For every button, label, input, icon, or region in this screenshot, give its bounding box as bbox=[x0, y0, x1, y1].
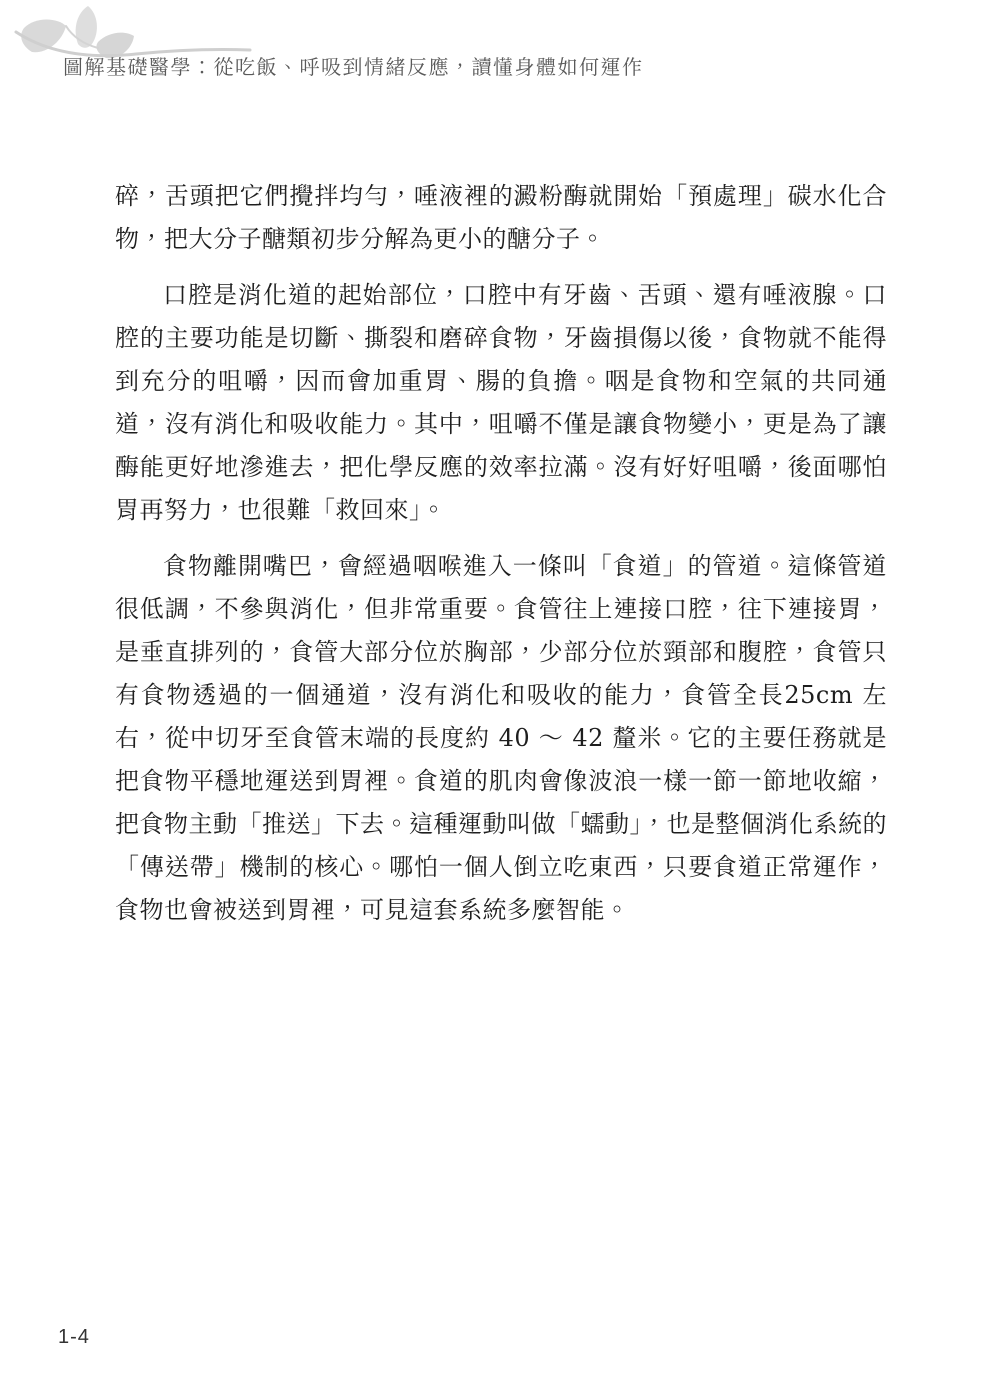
book-page: 圖解基礎醫學：從吃飯、呼吸到情緒反應，讀懂身體如何運作 碎，舌頭把它們攪拌均勻，… bbox=[0, 0, 1000, 1379]
running-head-title: 圖解基礎醫學：從吃飯、呼吸到情緒反應，讀懂身體如何運作 bbox=[63, 54, 783, 82]
paragraph-3: 食物離開嘴巴，會經過咽喉進入一條叫「食道」的管道。這條管道很低調，不參與消化，但… bbox=[115, 545, 887, 932]
page-number: 1-4 bbox=[58, 1326, 90, 1349]
body-text: 碎，舌頭把它們攪拌均勻，唾液裡的澱粉酶就開始「預處理」碳水化合物，把大分子醣類初… bbox=[115, 175, 887, 945]
paragraph-1: 碎，舌頭把它們攪拌均勻，唾液裡的澱粉酶就開始「預處理」碳水化合物，把大分子醣類初… bbox=[115, 175, 887, 261]
paragraph-2: 口腔是消化道的起始部位，口腔中有牙齒、舌頭、還有唾液腺。口腔的主要功能是切斷、撕… bbox=[115, 274, 887, 532]
